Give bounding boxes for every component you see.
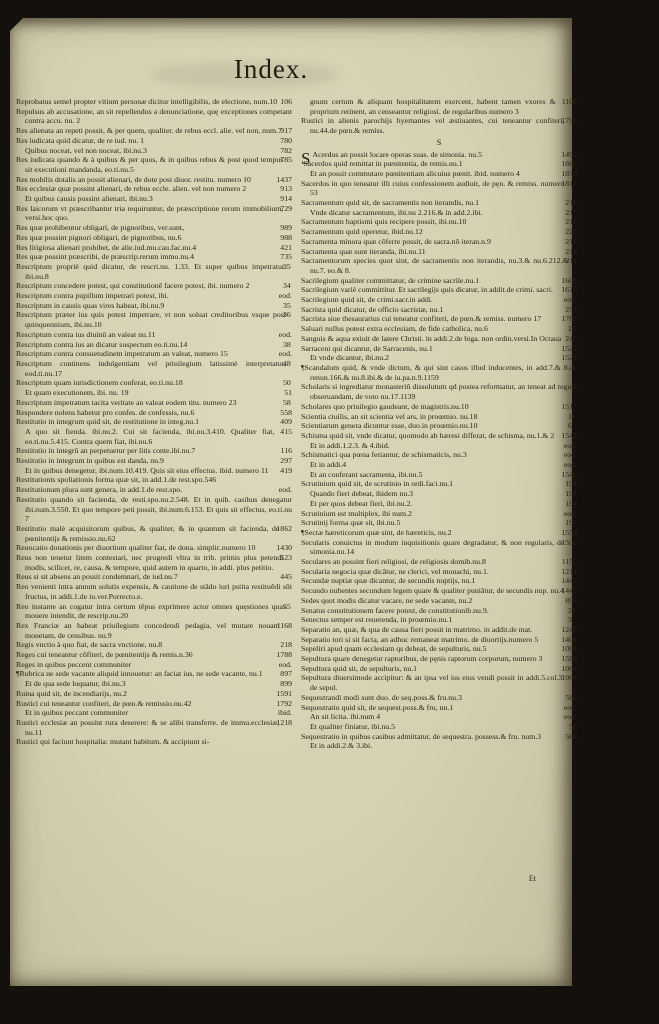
index-entry: eod.Et in addi.4 xyxy=(301,460,577,470)
index-entry: 917Res alienata an repeti possit, & per … xyxy=(16,126,292,136)
index-entry: 116Restitutio in integrũ an perpetuetur … xyxy=(16,446,292,456)
page-ref: 1437 xyxy=(279,175,292,185)
page-title: Index. xyxy=(0,54,552,85)
page-ref: eod. xyxy=(558,441,577,451)
index-entry: 1445Secundo nubentes secundum legem quar… xyxy=(301,586,577,596)
index-entry: 1870Et an possit commutare pœnitentiam a… xyxy=(301,169,577,179)
index-entry: 20Saluari nullus potest extra ecclesiam,… xyxy=(301,324,577,334)
page-ref: 3 xyxy=(571,615,577,625)
page-ref: 51 xyxy=(278,388,292,398)
page-ref: 780 xyxy=(283,136,292,146)
index-entry: 1818Sacerdos in quo teneatur illi cuius … xyxy=(301,179,577,198)
index-entry: 1443Secundæ nuptiæ quæ dicantur, de secu… xyxy=(301,576,577,586)
index-entry: 50Rescriptum quam iurisdictionem confera… xyxy=(16,378,292,388)
index-entry: 1610Sacrilegium variè committitur. Et sa… xyxy=(301,285,577,295)
index-entry: 1522Sarraceni qui dicantur, de Sarraceni… xyxy=(301,344,577,354)
page-ref: 216 xyxy=(568,198,577,208)
page-ref: eod. xyxy=(558,460,577,470)
index-entry: 1245Separatio an, quæ, & qua de causa fi… xyxy=(301,625,577,635)
index-entry: 914Et quibus causis possint alienari, ib… xyxy=(16,194,292,204)
index-entry: eod.Restitutionum plura sunt genera, in … xyxy=(16,485,292,495)
page-ref: eod. xyxy=(282,291,292,301)
page-ref: 219 xyxy=(568,247,577,257)
index-entry: 782Quibus noceat, vel non noceat, ibi.nu… xyxy=(16,146,292,156)
index-entry: 194Et per quos debeat fieri, ibi.nu.2. xyxy=(301,499,577,509)
page-ref: 297 xyxy=(283,456,292,466)
page-ref: 1445 xyxy=(564,586,577,596)
page-ref: eod. xyxy=(567,509,577,519)
index-entry: 419Et in quibus denegetur, ibi.num.10.41… xyxy=(16,466,292,476)
index-entry: 415A quo sit fienda. ibi.nu.2. Cui sit f… xyxy=(16,427,292,446)
page-ref: 421 xyxy=(283,243,292,253)
page-ref: 1609 xyxy=(564,276,577,286)
index-entry: 1168Rex Franciæ an habeat priuilegium co… xyxy=(16,621,292,640)
page-ref: eod. xyxy=(282,349,292,359)
index-entry: 421Res litigiosa alienari prohibet, de a… xyxy=(16,243,292,253)
page-ref: 735 xyxy=(283,252,292,262)
page-ref: 1793 xyxy=(564,116,577,126)
page-ref: 22 xyxy=(571,606,577,616)
book-scan-background: Index. 106Reprobatus semel propter vitiu… xyxy=(0,0,659,1024)
index-entry: 729Res laicorum vt præscribantur tria re… xyxy=(16,204,292,223)
index-entry: Scholaris si ingrediatur monasteriũ diss… xyxy=(301,382,577,401)
index-entry: 51Et quam executionem, ibi. nu. 19 xyxy=(16,388,292,398)
index-entry: 1788Reges cui teneantur cõfiteri, de pœn… xyxy=(16,650,292,660)
page-ref: 1443 xyxy=(564,576,577,586)
index-entry: 1793Rustici in alienis parochijs hyemant… xyxy=(301,116,577,135)
index-entry: 218Sacramenta minora quæ cõferre possit,… xyxy=(301,237,577,247)
page-ref: 1610 xyxy=(564,285,577,295)
index-entry: 36Rescriptum præter ius quis potest impe… xyxy=(16,310,292,329)
page-ref: 782 xyxy=(274,146,292,156)
page-ref: 523 xyxy=(283,553,292,563)
page-ref: 20 xyxy=(571,324,577,334)
index-entry: Repulsus ab accusatione, an sit repellen… xyxy=(16,107,292,126)
page-ref: 785 xyxy=(283,155,292,165)
index-entry: 58Et qualiter finiatur, ibi.nu.5 xyxy=(301,722,577,732)
index-entry: 735Res quæ possint præscribi, de præscri… xyxy=(16,252,292,262)
index-entry: 191Quando fieri debeat, ibidem nu.3 xyxy=(301,489,577,499)
page-ref: 6 xyxy=(571,421,577,431)
index-entry: 1609Sacrilegium qualiter committatur, de… xyxy=(301,276,577,286)
page-ref: 1430 xyxy=(279,543,292,553)
page-ref: eod. xyxy=(567,295,577,305)
index-entry: 6Scientiarum genera dicuntur esse, duo.i… xyxy=(301,421,577,431)
page-ref: 58 xyxy=(286,398,292,408)
page-ref: eod. xyxy=(558,712,577,722)
index-column-left: 106Reprobatus semel propter vitium perso… xyxy=(16,97,292,751)
index-entry: eod.Rescriptum contra pupillum impetrari… xyxy=(16,291,292,301)
index-entry: 1218Rustici ecclesiæ an possint rura des… xyxy=(16,718,292,737)
page-ref: 50 xyxy=(286,378,292,388)
index-entry: Restitutionis spoliationis forma quæ sit… xyxy=(16,475,292,485)
index-entry: 11Scientia ciuilis, an sit scientia vel … xyxy=(301,412,577,422)
page-ref: 419 xyxy=(274,466,292,476)
page-ref: 106 xyxy=(283,97,292,107)
index-entry: Reo venienti intra annum solutis expensi… xyxy=(16,582,292,601)
index-entry: 55Reo instante an cogatur intra certum t… xyxy=(16,602,292,621)
page-ref: ibid. xyxy=(272,708,292,718)
page-ref: 215 xyxy=(559,208,577,218)
index-entry: 1550¶Sectæ hæreticorum quæ sint, de hære… xyxy=(301,528,577,538)
page-ref: 1402 xyxy=(564,635,577,645)
index-entry: 35Rescriptum in causis quas vires habeat… xyxy=(16,301,292,311)
index-entry: 211Sacramentorum species quot sint, de s… xyxy=(301,256,577,275)
index-entry: eod.Rescriptum contra ius diuinũ an vale… xyxy=(16,330,292,340)
page-ref: 116 xyxy=(284,446,292,456)
index-entry: 523Reus non tenetur litem contestari, ne… xyxy=(16,553,292,572)
index-entry: 1503Secularis conuictus in modum inquisi… xyxy=(301,538,577,557)
page-ref: 191 xyxy=(559,489,577,499)
index-entry: 219Sacramenta quæ sunt iteranda, ibi.nu.… xyxy=(301,247,577,257)
page-ref: eod. xyxy=(567,703,577,713)
page-ref: 35 xyxy=(286,301,292,311)
index-entry: eod.Schismatici qua pœna feriantur, de s… xyxy=(301,450,577,460)
page-ref: 218 xyxy=(283,640,292,650)
page-ref: 218 xyxy=(568,217,577,227)
page-ref: 917 xyxy=(283,126,292,136)
index-entry: 1064Sepultura quid sit, de sepulturis, n… xyxy=(301,664,577,674)
index-entry: 197Scrutinij forma quæ sit, ibi.nu.5 xyxy=(301,518,577,528)
index-entry: 274Sacrista quid dicatur, de officio sac… xyxy=(301,305,577,315)
page-ref: 988 xyxy=(283,233,292,243)
index-entry: 1545Schisma quid sit, vnde dicatur, quom… xyxy=(301,431,577,441)
index-entry: 1068Sepeliri apud quam ecclesiam qs debe… xyxy=(301,644,577,654)
page-ref: 445 xyxy=(283,572,292,582)
page-ref: 1218 xyxy=(279,718,292,728)
page-ref: eod. xyxy=(282,330,292,340)
index-entry: 1589Sepultura quare denegetur raptoribus… xyxy=(301,654,577,664)
index-entry: 913Res ecclesiæ quæ possint alienari, de… xyxy=(16,184,292,194)
index-entry: 215Vnde dicatur sacramentum, ibi.nu 2.21… xyxy=(301,208,577,218)
page-ref: 58 xyxy=(563,722,577,732)
index-entry: 1492SAcerdos an possit locare operas sua… xyxy=(301,150,577,160)
page-ref: eod. xyxy=(282,660,292,670)
page-ref: 245 xyxy=(568,334,577,344)
index-entry: 1792Rustici cui teneantur confiteri, de … xyxy=(16,699,292,709)
page-ref: 899 xyxy=(274,679,292,689)
page-ref: 1108 xyxy=(556,97,577,107)
page-ref: 415 xyxy=(274,427,292,437)
page-ref: 1066 xyxy=(564,673,577,683)
page-ref: 1523 xyxy=(555,353,577,363)
index-entry: Restitutio quando sit facienda, de resti… xyxy=(16,495,292,524)
index-entry: 1546Et an conferant sacramenta, ibi.nu.5 xyxy=(301,470,577,480)
page-ref: 48 xyxy=(286,359,292,369)
page-ref: 194 xyxy=(568,479,577,489)
index-entry: 1066Sepultura diuersimode accipitur: & a… xyxy=(301,673,577,692)
index-entry: eod.Reges in quibus peccent communiter xyxy=(16,660,292,670)
index-entry: 780Res iudicata quid dicatur, de re iud.… xyxy=(16,136,292,146)
page-ref: 220 xyxy=(568,227,577,237)
index-entry: 245Sanguis & aqua exiuit de latere Chris… xyxy=(301,334,577,344)
book-page: Index. 106Reprobatus semel propter vitiu… xyxy=(10,18,572,986)
index-entry: 216Sacramentum quid sit, de sacramentis … xyxy=(301,198,577,208)
page-ref: 1550 xyxy=(564,528,577,538)
page-ref: 55 xyxy=(286,602,292,612)
index-entry: 1108gnum certum & aliquam hospitalitatem… xyxy=(301,97,577,116)
index-entry: eod.An sit licita. ibi.num 4 xyxy=(301,712,577,722)
page-ref: 899 xyxy=(568,596,577,606)
page-ref: 1522 xyxy=(564,344,577,354)
index-entry: 1402Separatio tori si sit facta, an adhu… xyxy=(301,635,577,645)
page-ref: 586 xyxy=(568,693,577,703)
index-entry: 38Rescriptum contra ius an dicatur suspe… xyxy=(16,340,292,350)
index-entry: 1437Res mobilis dotalis an possit aliena… xyxy=(16,175,292,185)
page-ref: 11 xyxy=(571,412,577,422)
page-ref: 211 xyxy=(569,256,577,266)
page-ref: 197 xyxy=(568,518,577,528)
index-entry: 194Scrutinium quid sit, de scrutinio in … xyxy=(301,479,577,489)
index-entry: 899Et de qua sede loquatur, ibi.nu.3 xyxy=(16,679,292,689)
page-ref: 1517 xyxy=(564,402,577,412)
index-entry: eod.Et in addi.1.2.3. & 4.ibid. xyxy=(301,441,577,451)
page-ref: 1492 xyxy=(555,150,577,160)
index-entry: 1862Restitutio malè acquisitorum quibus,… xyxy=(16,524,292,543)
page-ref: 913 xyxy=(283,184,292,194)
index-entry: 22Senatus constitutionem facere potest, … xyxy=(301,606,577,616)
page-ref: 1153 xyxy=(565,557,577,567)
index-entry: 988Res quæ possint pignori obligari, de … xyxy=(16,233,292,243)
index-entry: 48Rescriptum continens indulgentiam vel … xyxy=(16,359,292,378)
index-entry: eod.Rescriptum contra consuetudinem impe… xyxy=(16,349,292,359)
index-entry: 1523Et vnde dicantur, ibi.nu.2 xyxy=(301,353,577,363)
page-corner-fold xyxy=(10,18,23,31)
page-ref: 1068 xyxy=(564,644,577,654)
index-entry: 1591Ruina quid sit, de incendiarijs, nu.… xyxy=(16,689,292,699)
page-ref: eod. xyxy=(282,485,292,495)
index-entry: Rustici qui faciunt hospitalia: mutant h… xyxy=(16,737,292,747)
page-ref: 1546 xyxy=(555,470,577,480)
page-ref: 1503 xyxy=(564,538,577,548)
page-ref: 1168 xyxy=(280,621,292,631)
page-ref: 989 xyxy=(283,223,292,233)
page-ref: 914 xyxy=(274,194,292,204)
page-ref: 1064 xyxy=(564,664,577,674)
page-ref: 1870 xyxy=(555,169,577,179)
index-entry: 586Sequestrandi modi sunt duo. de seq.po… xyxy=(301,693,577,703)
page-ref: 1245 xyxy=(564,625,577,635)
index-entry: 3Senectus semper est reuerenda, in proœm… xyxy=(301,615,577,625)
page-ref: 274 xyxy=(568,305,577,315)
index-entry: ¶Scandalum quid, & vnde dictum, & qui si… xyxy=(301,363,577,382)
index-columns: 106Reprobatus semel propter vitium perso… xyxy=(10,95,572,751)
page-ref: 218 xyxy=(568,237,577,247)
index-entry: 220Sacramentum quid operetur, ibid.nu.12 xyxy=(301,227,577,237)
catchword: Et xyxy=(529,874,536,883)
section-heading: S xyxy=(301,138,577,148)
index-entry: 1866Sacerdos quid remittat in pœnitentia… xyxy=(301,159,577,169)
index-entry: 409Restitutio in integrum quid sit, de r… xyxy=(16,417,292,427)
page-ref: 1589 xyxy=(564,654,577,664)
page-ref: 38 xyxy=(286,340,292,350)
page-ref: 1214 xyxy=(564,567,577,577)
index-entry: 1430Reuocatio donationis per diuortium q… xyxy=(16,543,292,553)
page-ref: 729 xyxy=(283,204,292,214)
index-entry: eod.Sacrilegium quid sit, de crimi.sacr.… xyxy=(301,295,577,305)
page-ref: 36 xyxy=(286,310,292,320)
index-entry: 1783Sacrista siue thesaurarius cui tenea… xyxy=(301,314,577,324)
page-ref: 34 xyxy=(286,281,292,291)
index-entry: 1214Secularia negocia quæ dicãtur, ne cl… xyxy=(301,567,577,577)
page-ref: 1591 xyxy=(279,689,292,699)
index-entry: 785Res iudicata quando & à quibus & per … xyxy=(16,155,292,174)
index-entry: 34Rescriptum concedere potest, qui const… xyxy=(16,281,292,291)
index-entry: 297Restitutio in integrum in quibus est … xyxy=(16,456,292,466)
index-entry: 445Reus si sit absens an possit condemna… xyxy=(16,572,292,582)
index-entry: eod.Sequestratio quid sit, de sequest.po… xyxy=(301,703,577,713)
page-ref: 1783 xyxy=(564,314,577,324)
index-entry: 897¶Rubrica ne sede vacante aliquid inno… xyxy=(16,669,292,679)
page-ref: 1545 xyxy=(564,431,577,441)
page-ref: 1818 xyxy=(564,179,577,189)
index-entry: 586Sequestratio in quibus casibus admitt… xyxy=(301,732,577,742)
page-ref: eod. xyxy=(567,450,577,460)
page-ref: 558 xyxy=(283,408,292,418)
index-entry: 989Res quæ prohibentur obligari, de pign… xyxy=(16,223,292,233)
index-entry: ibid.Et in quibus peccant communiter xyxy=(16,708,292,718)
index-entry: 218Sacramentum baptismi quis recipere po… xyxy=(301,217,577,227)
index-entry: Et in addi.2.& 3.ibi. xyxy=(301,741,577,751)
page-ref: 194 xyxy=(559,499,577,509)
page-ref: 586 xyxy=(568,732,577,742)
index-column-right: 1108gnum certum & aliquam hospitalitatem… xyxy=(301,97,577,751)
page-ref: 897 xyxy=(283,669,292,679)
page-ref: 1866 xyxy=(564,159,577,169)
index-entry: 106Reprobatus semel propter vitium perso… xyxy=(16,97,292,107)
page-ref: 1862 xyxy=(279,524,292,534)
index-entry: 1517Scholares quo priuilegio gaudeant, d… xyxy=(301,402,577,412)
index-entry: 899Sedes quot modis dicatur vacare, ne s… xyxy=(301,596,577,606)
index-entry: 558Respondere nolens habetur pro confes.… xyxy=(16,408,292,418)
page-ref: 409 xyxy=(283,417,292,427)
page-ref: 1788 xyxy=(279,650,292,660)
index-entry: 218Regis vnctio à quo fiat, de sacra vnc… xyxy=(16,640,292,650)
index-entry: eod.Scrutinium est multiplex, ibi num.2 xyxy=(301,509,577,519)
page-ref: 1792 xyxy=(279,699,292,709)
index-entry: 35Rescriptum propriè quid dicatur, de re… xyxy=(16,262,292,281)
index-entry: 1153Seculares an possint fieri religiosi… xyxy=(301,557,577,567)
index-entry: 58Rescriptum impetratum tacita veritate … xyxy=(16,398,292,408)
page-ref: 35 xyxy=(286,262,292,272)
